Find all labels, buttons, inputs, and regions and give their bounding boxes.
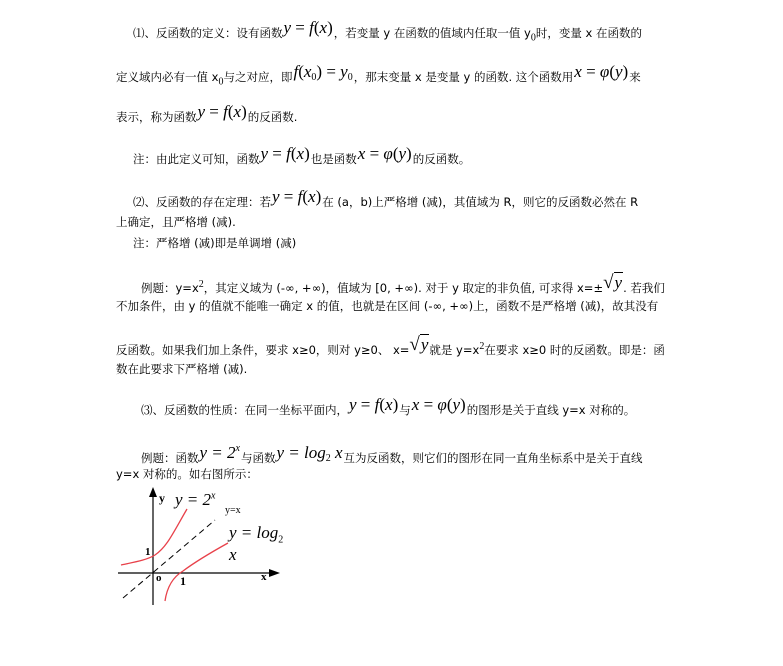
graph-axis-x-label: x — [261, 571, 267, 583]
graph-axis-y-label: y — [159, 491, 165, 506]
example2-line2: y=x 对称的。如右图所示： — [116, 466, 258, 482]
example1-line3: 反函数。如果我们加上条件，要求 x≥0，则对 y≥0、 x=√y就是 y=x2在… — [116, 337, 665, 358]
text: . 若我们 — [623, 281, 665, 295]
formula-y-equals-f-x: y = f(x) — [197, 104, 248, 120]
text: 与函数 — [241, 451, 276, 465]
graph-origin-label: o — [156, 572, 162, 584]
text: 注：由此定义可知，函数 — [133, 152, 260, 166]
graph-tick-x-1: 1 — [180, 574, 186, 589]
text: 与之对应，即 — [223, 70, 292, 84]
curve-logarithm — [165, 543, 228, 601]
y-axis-arrow-icon — [149, 487, 157, 497]
text: 的反函数。 — [413, 152, 471, 166]
example1-line2: 不加条件，由 y 的值就不能唯一确定 x 的值，也就是在区间 (-∞, +∞)上… — [116, 298, 658, 314]
formula-y-equals-f-x: y = f(x) — [271, 189, 322, 205]
inverse-function-graph: y y = 2x y=x y = log2 x 1 o 1 x — [115, 485, 290, 610]
text: 时，变量 x 在函数的 — [536, 26, 642, 40]
formula-f-x0-equals-y0: f(x0) = y0 — [292, 64, 353, 86]
formula-sqrt-y: √y — [409, 337, 429, 353]
text: 就是 y=x — [429, 343, 479, 357]
text: 在要求 x≥0 时的反函数。即是：函 — [484, 343, 665, 357]
text: 互为反函数，则它们的图形在同一直角坐标系中是关于直线 — [344, 451, 643, 465]
example1-line1: 例题：y=x2，其定义域为 (-∞, +∞)，值域为 [0, +∞). 对于 y… — [141, 275, 665, 296]
text: ，其定义域为 (-∞, +∞)，值域为 [0, +∞). 对于 y 取定的非负值… — [204, 281, 603, 295]
text: ，若变量 y 在函数的值域内任取一值 y — [334, 26, 531, 40]
graph-tick-y-1: 1 — [145, 546, 151, 558]
formula-sqrt-y: √y — [603, 275, 623, 291]
text: 例题：y=x — [141, 281, 199, 295]
text: 表示，称为函数 — [116, 110, 197, 124]
section1-definition-line3: 表示，称为函数y = f(x)的反函数. — [116, 104, 297, 125]
text: 在 (a，b)上严格增 (减)，其值域为 R，则它的反函数必然在 R — [322, 195, 638, 209]
section1-definition-line2: 定义域内必有一值 x0与之对应，即f(x0) = y0，那末变量 x 是变量 y… — [116, 64, 641, 90]
formula-y-equals-f-x: y = f(x) — [260, 146, 311, 162]
text: ⑵、反函数的存在定理：若 — [133, 195, 271, 209]
text: 来 — [629, 70, 641, 84]
graph-label-exponential: y = 2x — [175, 490, 215, 510]
formula-x-equals-phi-y: x = φ(y) — [357, 146, 413, 162]
formula-y-equals-log2-x: y = log2 x — [275, 445, 343, 467]
formula-x-equals-phi-y: x = φ(y) — [573, 64, 629, 80]
formula-y-equals-f-x: y = f(x) — [283, 20, 334, 36]
section3-property: ⑶、反函数的性质：在同一坐标平面内，y = f(x)与x = φ(y)的图形是关… — [141, 397, 635, 418]
text: 反函数。如果我们加上条件，要求 x≥0，则对 y≥0、 x= — [116, 343, 409, 357]
text: ⑴、反函数的定义：设有函数 — [133, 26, 283, 40]
example2-line1: 例题：函数y = 2x与函数y = log2 x互为反函数，则它们的图形在同一直… — [141, 441, 643, 467]
section2-theorem-line1: ⑵、反函数的存在定理：若y = f(x)在 (a，b)上严格增 (减)，其值域为… — [133, 189, 638, 210]
text: 的图形是关于直线 y=x 对称的。 — [467, 403, 636, 417]
formula-y-equals-f-x: y = f(x) — [348, 397, 399, 413]
formula-y-equals-2-pow-x: y = 2x — [199, 441, 241, 461]
graph-label-logarithm: y = log2 x — [229, 523, 290, 565]
section1-note: 注：由此定义可知，函数y = f(x)也是函数x = φ(y)的反函数。 — [133, 146, 470, 167]
section2-note: 注：严格增 (减)即是单调增 (减) — [133, 235, 296, 251]
text: ⑶、反函数的性质：在同一坐标平面内， — [141, 403, 348, 417]
example1-line4: 数在此要求下严格增 (减). — [116, 361, 247, 377]
text: 与 — [399, 403, 411, 417]
text: 定义域内必有一值 x — [116, 70, 218, 84]
text: 也是函数 — [311, 152, 357, 166]
text: 的反函数. — [248, 110, 298, 124]
section2-theorem-line2: 上确定，且严格增 (减). — [116, 214, 236, 230]
curve-exponential — [121, 509, 187, 565]
section1-definition-line1: ⑴、反函数的定义：设有函数y = f(x)，若变量 y 在函数的值域内任取一值 … — [133, 20, 642, 46]
text: 例题：函数 — [141, 451, 199, 465]
graph-label-y-equals-x: y=x — [225, 505, 241, 516]
x-axis-arrow-icon — [269, 569, 280, 577]
text: ，那末变量 x 是变量 y 的函数. 这个函数用 — [354, 70, 574, 84]
formula-x-equals-phi-y: x = φ(y) — [411, 397, 467, 413]
